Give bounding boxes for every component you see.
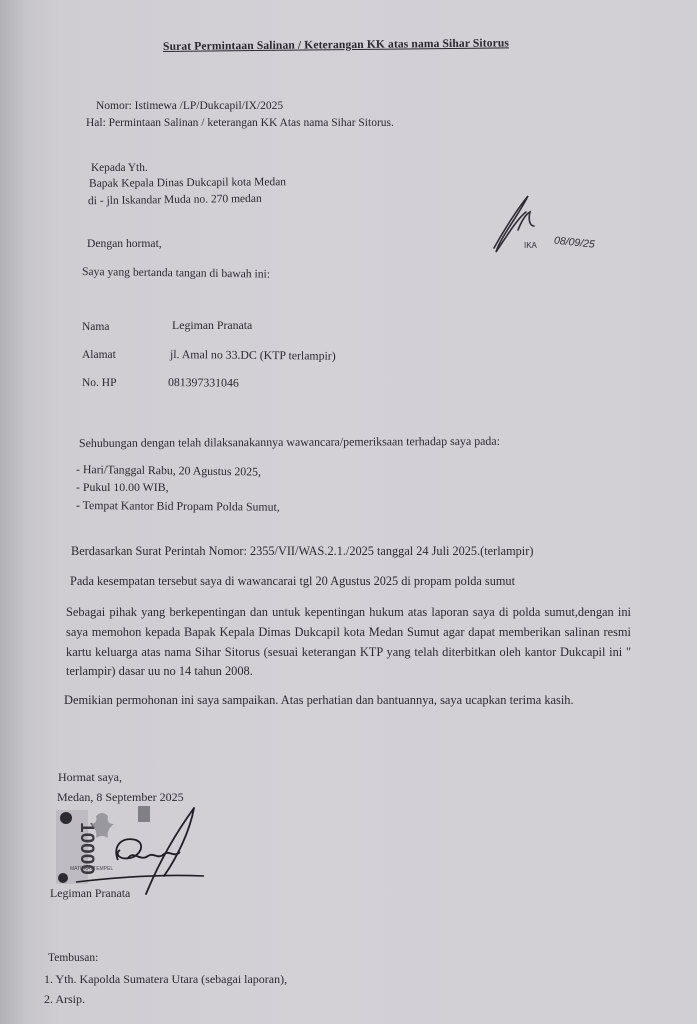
paragraph-closing: Demikian permohonan ini saya sampaikan. … [64,690,624,710]
recipient-line-1: Kepada Yth. [91,163,148,174]
recipient-line-2: Bapak Kepala Dinas Dukcapil kota Medan [89,177,286,190]
closing-salutation: Hormat saya, [58,771,122,783]
tembusan-label: Tembusan: [48,953,98,965]
paragraph-request: Sebagai pihak yang berkepentingan dan un… [66,603,631,682]
signature-icon [60,800,220,900]
identity-value: 081397331046 [168,377,239,390]
page-shadow-edge [0,0,24,1024]
handwritten-initial-note: IKA 08/09/25 [488,190,618,260]
identity-label: Alamat [82,350,116,362]
letter-subject: Hal: Permintaan Salinan / keterangan KK … [86,118,394,130]
recipient-line-3: di - jln Iskandar Muda no. 270 medan [88,194,262,208]
letter-number: Nomor: Istimewa /LP/Dukcapil/IX/2025 [96,101,283,113]
signer-name: Legiman Pranata [50,888,130,900]
tembusan-item: 2. Arsip. [44,993,85,1005]
document-title: Surat Permintaan Salinan / Keterangan KK… [163,37,509,52]
paragraph-interview: Pada kesempatan tersebut saya di wawanca… [70,575,515,587]
interview-item: - Tempat Kantor Bid Propam Polda Sumut, [76,500,280,514]
tembusan-item: 1. Yth. Kapolda Sumatera Utara (sebagai … [44,973,287,985]
note-date: 08/09/25 [553,235,595,251]
interview-intro: Sehubungan dengan telah dilaksanakannya … [79,436,500,450]
identity-value: Legiman Pranata [172,320,252,332]
note-initials: IKA [524,241,538,250]
interview-item: - Pukul 10.00 WIB, [76,482,169,494]
identity-value: jl. Amal no 33.DC (KTP terlampir) [170,349,336,363]
greeting: Dengan hormat, [87,238,162,250]
identity-label: Nama [82,322,109,334]
intro-text: Saya yang bertanda tangan di bawah ini: [82,266,270,280]
paragraph-basis: Berdasarkan Surat Perintah Nomor: 2355/V… [71,545,533,557]
interview-item: - Hari/Tanggal Rabu, 20 Agustus 2025, [76,464,261,478]
identity-label: No. HP [82,378,117,390]
